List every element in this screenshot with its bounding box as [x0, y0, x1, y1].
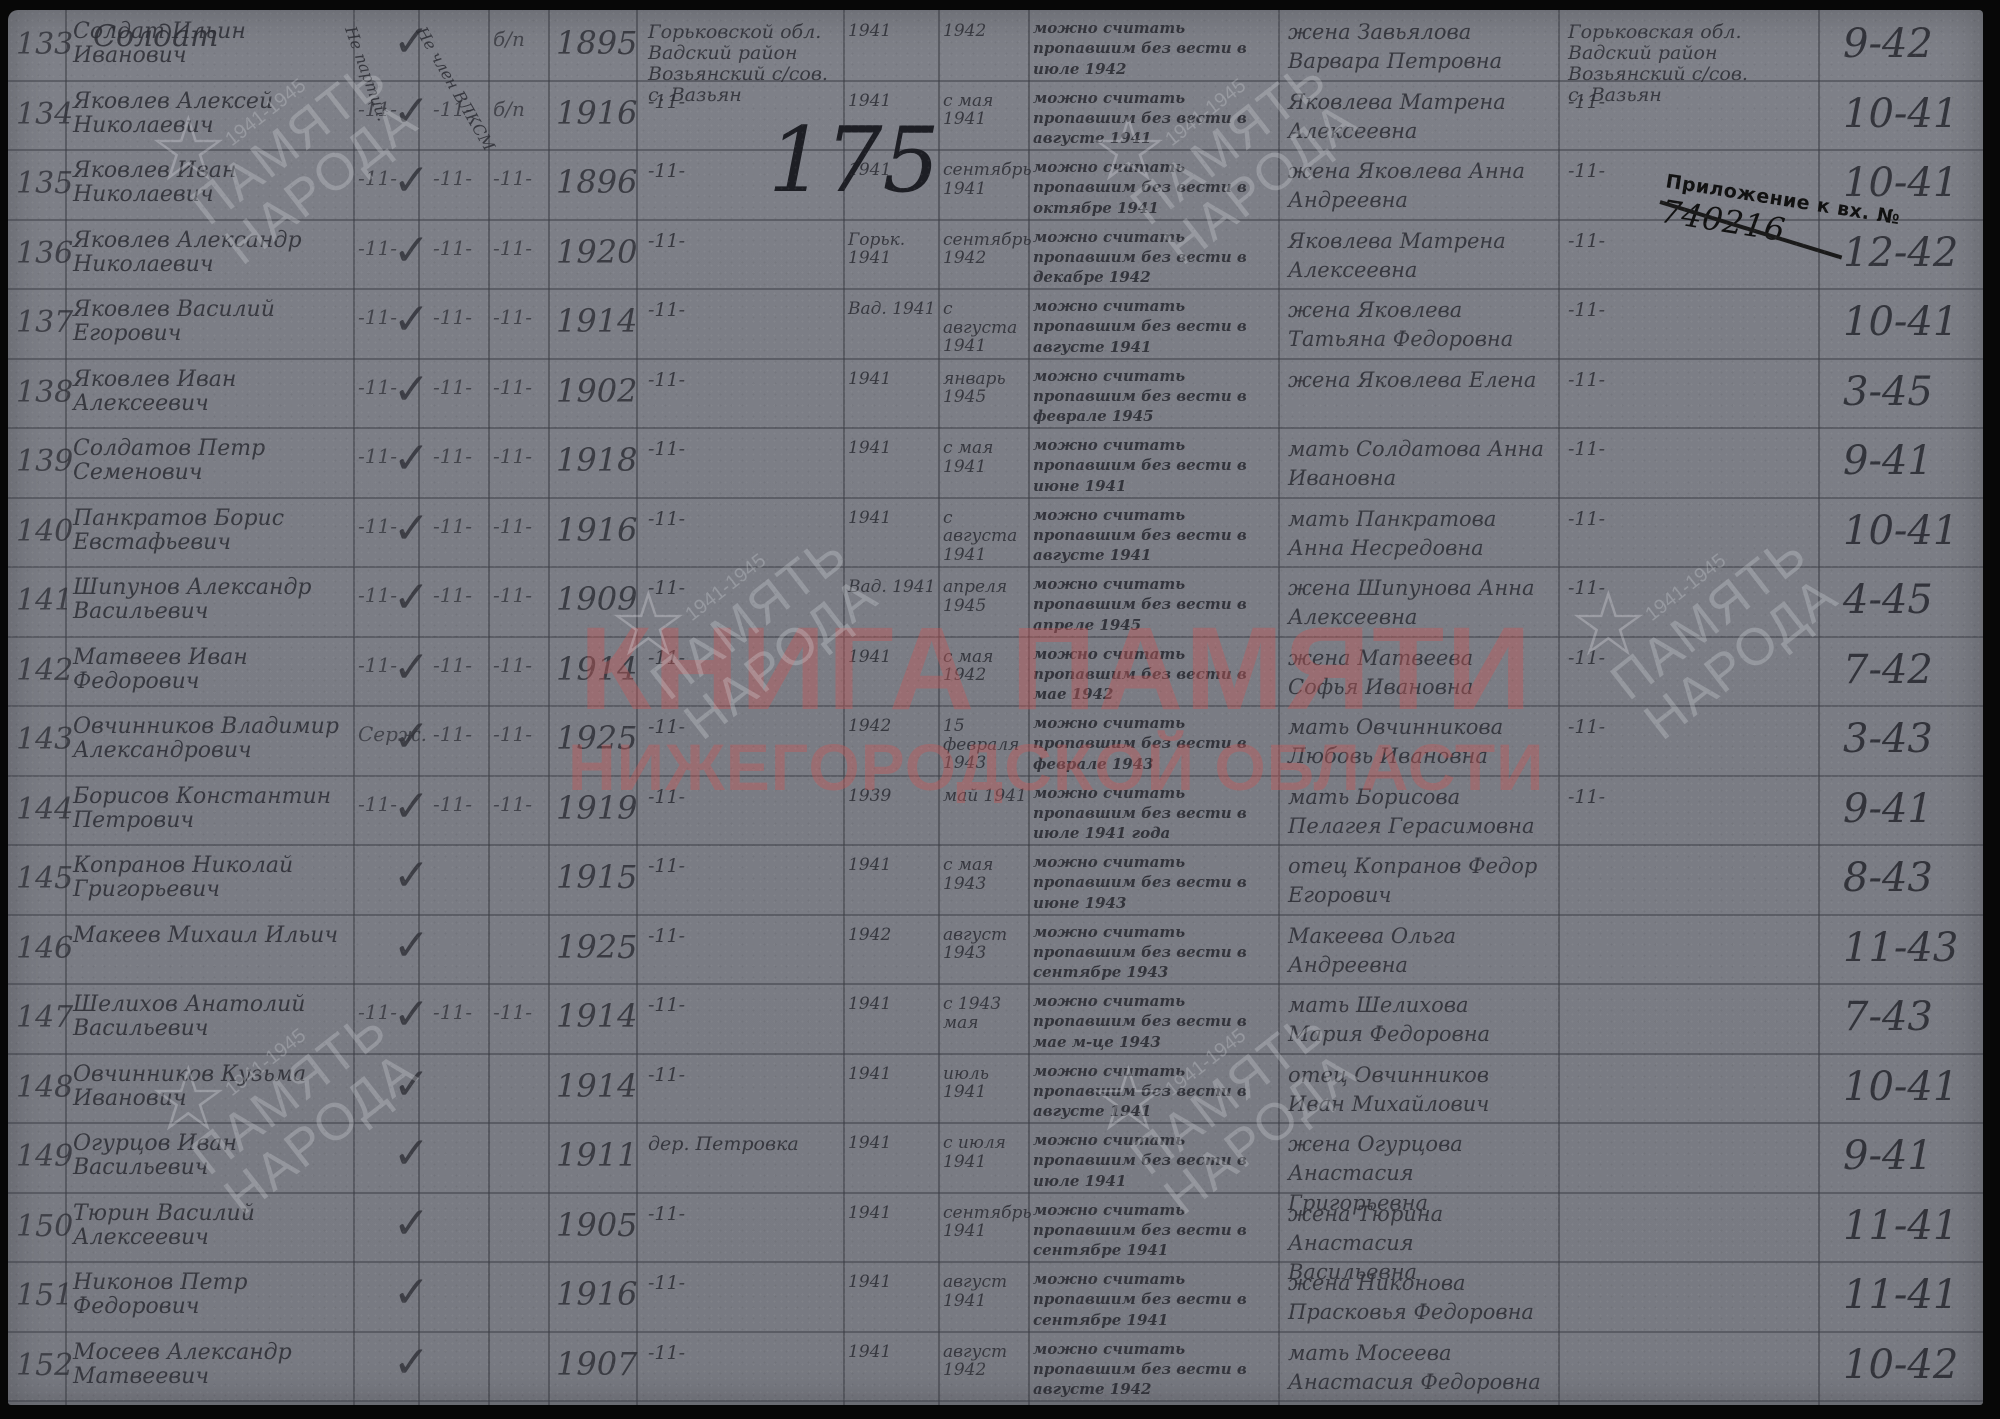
cell-missing-date: 7-43: [1843, 995, 1933, 1039]
cell-no: 138: [16, 376, 73, 409]
cell-party: -11-: [358, 793, 397, 815]
cell-missing-date: 3-45: [1843, 370, 1933, 414]
cell-status: можно считать пропавшим без вести в июле…: [1033, 783, 1273, 844]
table-row: 144Борисов Константин Петрович-11--11--1…: [8, 775, 1983, 845]
cell-status: можно считать пропавшим без вести в авгу…: [1033, 296, 1273, 357]
cell-relative: мать Панкратова Анна Несредовна: [1288, 505, 1548, 564]
cell-edu: -11-: [493, 445, 532, 467]
cell-no: 137: [16, 306, 73, 339]
cell-rel-address: -11-: [1568, 92, 1758, 113]
cell-status: можно считать пропавшим без вести в авгу…: [1033, 505, 1273, 566]
cell-no: 141: [16, 584, 73, 617]
check-mark-icon: ✓: [393, 1339, 430, 1387]
cell-address: дер. Петровка: [648, 1134, 838, 1155]
cell-missing-date: 10-41: [1843, 509, 1958, 553]
cell-missing-date: 11-41: [1843, 1204, 1958, 1248]
cell-last-letter: с мая 1941: [943, 439, 1031, 476]
table-row: 151Никонов Петр Федорович1916-11-1941авг…: [8, 1261, 1983, 1331]
cell-komsomol: -11-: [433, 723, 472, 745]
cell-last-letter: 1942: [943, 22, 1031, 41]
cell-address: -11-: [648, 578, 838, 599]
cell-rel-address: -11-: [1568, 370, 1758, 391]
row-divider: [8, 1400, 1983, 1402]
cell-drafted: 1942: [848, 926, 936, 945]
cell-drafted: Горьк. 1941: [848, 231, 936, 268]
cell-relative: жена Шипунова Анна Алексеевна: [1288, 574, 1548, 633]
cell-missing-date: 4-45: [1843, 578, 1933, 622]
cell-name: Мосеев Александр Матвеевич: [73, 1341, 348, 1389]
cell-edu: -11-: [493, 376, 532, 398]
cell-komsomol: -11-: [433, 515, 472, 537]
cell-komsomol: -11-: [433, 584, 472, 606]
cell-birth: 1925: [556, 721, 637, 756]
cell-name: Солдатов Петр Семенович: [73, 437, 348, 485]
cell-last-letter: август 1941: [943, 1273, 1031, 1310]
cell-address: -11-: [648, 995, 838, 1016]
cell-address: -11-: [648, 1065, 838, 1086]
cell-name: Шипунов Александр Васильевич: [73, 576, 348, 624]
cell-birth: 1916: [556, 513, 637, 548]
cell-relative: Макеева Ольга Андреевна: [1288, 922, 1548, 981]
cell-no: 146: [16, 932, 73, 965]
cell-relative: Яковлева Матрена Алексеевна: [1288, 227, 1548, 286]
cell-relative: мать Борисова Пелагея Герасимовна: [1288, 783, 1548, 842]
cell-missing-date: 10-41: [1843, 300, 1958, 344]
cell-drafted: 1941: [848, 1273, 936, 1292]
cell-drafted: 1942: [848, 717, 936, 736]
cell-relative: Яковлева Матрена Алексеевна: [1288, 88, 1548, 147]
check-mark-icon: ✓: [393, 1130, 430, 1178]
cell-status: можно считать пропавшим без вести в мае …: [1033, 644, 1273, 705]
cell-address: -11-: [648, 926, 838, 947]
cell-name: Яковлев Александр Николаевич: [73, 229, 348, 277]
table-row: 148Овчинников Кузьма Иванович1914-11-194…: [8, 1053, 1983, 1123]
cell-no: 136: [16, 237, 73, 270]
cell-status: можно считать пропавшим без вести в дека…: [1033, 227, 1273, 288]
cell-party: -11-: [358, 376, 397, 398]
cell-birth: 1916: [556, 96, 637, 131]
cell-edu: -11-: [493, 584, 532, 606]
table-row: 149Огурцов Иван Васильевич1911дер. Петро…: [8, 1122, 1983, 1192]
cell-komsomol: -11-: [433, 376, 472, 398]
cell-rel-address: -11-: [1568, 161, 1758, 182]
cell-address: -11-: [648, 717, 838, 738]
cell-no: 140: [16, 515, 73, 548]
table-row: 138Яковлев Иван Алексеевич-11--11--11-19…: [8, 358, 1983, 428]
cell-party: -11-: [358, 167, 397, 189]
cell-status: можно считать пропавшим без вести в февр…: [1033, 713, 1273, 774]
cell-no: 152: [16, 1349, 73, 1382]
cell-status: можно считать пропавшим без вести в мае …: [1033, 991, 1273, 1052]
check-mark-icon: ✓: [393, 644, 430, 692]
cell-rel-address: -11-: [1568, 787, 1758, 808]
cell-missing-date: 10-42: [1843, 1343, 1958, 1387]
cell-name: Копранов Николай Григорьевич: [73, 854, 348, 902]
cell-missing-date: 10-41: [1843, 92, 1958, 136]
cell-edu: -11-: [493, 515, 532, 537]
cell-name: Яковлев Иван Николаевич: [73, 159, 348, 207]
cell-drafted: 1941: [848, 1204, 936, 1223]
cell-birth: 1916: [556, 1277, 637, 1312]
cell-drafted: Вад. 1941: [848, 578, 936, 597]
cell-missing-date: 9-41: [1843, 1134, 1933, 1178]
cell-no: 134: [16, 98, 73, 131]
cell-drafted: Вад. 1941: [848, 300, 936, 319]
cell-missing-date: 7-42: [1843, 648, 1933, 692]
cell-address: -11-: [648, 509, 838, 530]
cell-rel-address: -11-: [1568, 578, 1758, 599]
cell-drafted: 1941: [848, 1065, 936, 1084]
cell-status: можно считать пропавшим без вести в июне…: [1033, 435, 1273, 496]
cell-komsomol: -11-: [433, 793, 472, 815]
table-row: 147Шелихов Анатолий Васильевич-11--11--1…: [8, 983, 1983, 1053]
cell-last-letter: с мая 1942: [943, 648, 1031, 685]
cell-last-letter: август 1942: [943, 1343, 1031, 1380]
table-row: 137Яковлев Василий Егорович-11--11--11-1…: [8, 288, 1983, 358]
cell-party: -11-: [358, 584, 397, 606]
cell-no: 149: [16, 1140, 73, 1173]
cell-last-letter: с 1943 мая: [943, 995, 1031, 1032]
cell-no: 143: [16, 723, 73, 756]
cell-last-letter: с августа 1941: [943, 300, 1031, 356]
table-row: 142Матвеев Иван Федорович-11--11--11-191…: [8, 636, 1983, 706]
cell-status: можно считать пропавшим без вести в сент…: [1033, 1269, 1273, 1330]
table-row: 140Панкратов Борис Евстафьевич-11--11--1…: [8, 497, 1983, 567]
cell-birth: 1914: [556, 1069, 637, 1104]
cell-birth: 1907: [556, 1347, 637, 1382]
cell-relative: жена Яковлева Анна Андреевна: [1288, 157, 1548, 216]
cell-drafted: 1941: [848, 439, 936, 458]
cell-no: 135: [16, 167, 73, 200]
cell-last-letter: с мая 1941: [943, 92, 1031, 129]
cell-address: -11-: [648, 1273, 838, 1294]
check-mark-icon: ✓: [393, 435, 430, 483]
cell-missing-date: 11-41: [1843, 1273, 1958, 1317]
cell-no: 144: [16, 793, 73, 826]
table-row: 134Яковлев Алексей Николаевич-11--11-б/п…: [8, 80, 1983, 150]
cell-name: Борисов Константин Петрович: [73, 785, 348, 833]
cell-rel-address: -11-: [1568, 439, 1758, 460]
cell-drafted: 1939: [848, 787, 936, 806]
cell-relative: жена Яковлева Татьяна Федоровна: [1288, 296, 1548, 355]
cell-no: 133: [16, 28, 73, 61]
cell-relative: жена Завьялова Варвара Петровна: [1288, 18, 1548, 77]
cell-edu: -11-: [493, 723, 532, 745]
cell-missing-date: 9-41: [1843, 439, 1933, 483]
cell-birth: 1914: [556, 304, 637, 339]
cell-birth: 1911: [556, 1138, 637, 1173]
cell-party: -11-: [358, 445, 397, 467]
cell-name: Яковлев Алексей Николаевич: [73, 90, 348, 138]
cell-status: можно считать пропавшим без вести в февр…: [1033, 366, 1273, 427]
check-mark-icon: ✓: [393, 1269, 430, 1317]
cell-name: Матвеев Иван Федорович: [73, 646, 348, 694]
cell-drafted: 1941: [848, 1134, 936, 1153]
check-mark-icon: ✓: [393, 227, 430, 275]
check-mark-icon: ✓: [393, 1061, 430, 1109]
cell-edu: б/п: [493, 28, 525, 50]
cell-rel-address: -11-: [1568, 509, 1758, 530]
cell-name: Яковлев Василий Егорович: [73, 298, 348, 346]
cell-last-letter: с мая 1943: [943, 856, 1031, 893]
cell-missing-date: 9-42: [1843, 22, 1933, 66]
cell-status: можно считать пропавшим без вести в сент…: [1033, 922, 1273, 983]
cell-birth: 1909: [556, 582, 637, 617]
cell-edu: -11-: [493, 793, 532, 815]
cell-missing-date: 9-41: [1843, 787, 1933, 831]
cell-relative: мать Мосеева Анастасия Федоровна: [1288, 1339, 1548, 1398]
cell-party: -11-: [358, 306, 397, 328]
cell-status: можно считать пропавшим без вести в октя…: [1033, 157, 1273, 218]
cell-relative: мать Овчинникова Любовь Ивановна: [1288, 713, 1548, 772]
cell-missing-date: 3-43: [1843, 717, 1933, 761]
cell-no: 151: [16, 1279, 73, 1312]
check-mark-icon: ✓: [393, 574, 430, 622]
table-row: 143Овчинников Владимир АлександровичСерж…: [8, 705, 1983, 775]
column-header-soldier: Солдат: [93, 20, 218, 53]
table-row: 150Тюрин Василий Алексеевич1905-11-1941с…: [8, 1192, 1983, 1262]
cell-name: Овчинников Владимир Александрович: [73, 715, 348, 763]
cell-relative: мать Солдатова Анна Ивановна: [1288, 435, 1548, 494]
cell-address: -11-: [648, 370, 838, 391]
cell-birth: 1914: [556, 652, 637, 687]
cell-last-letter: 15 февраля 1943: [943, 717, 1031, 773]
cell-last-letter: январь 1945: [943, 370, 1031, 407]
cell-name: Огурцов Иван Васильевич: [73, 1132, 348, 1180]
cell-status: можно считать пропавшим без вести в июле…: [1033, 1130, 1273, 1191]
cell-birth: 1896: [556, 165, 637, 200]
cell-party: -11-: [358, 654, 397, 676]
check-mark-icon: ✓: [393, 852, 430, 900]
cell-edu: -11-: [493, 654, 532, 676]
cell-last-letter: с августа 1941: [943, 509, 1031, 565]
check-mark-icon: ✓: [393, 991, 430, 1039]
cell-status: можно считать пропавшим без вести в авгу…: [1033, 1061, 1273, 1122]
cell-last-letter: сентябрь 1941: [943, 1204, 1031, 1241]
cell-address: -11-: [648, 787, 838, 808]
cell-drafted: 1941: [848, 648, 936, 667]
cell-status: можно считать пропавшим без вести в авгу…: [1033, 88, 1273, 149]
cell-drafted: 1941: [848, 1343, 936, 1362]
cell-relative: жена Яковлева Елена: [1288, 366, 1548, 395]
check-mark-icon: ✓: [393, 505, 430, 553]
cell-party: -11-: [358, 515, 397, 537]
table-row: 141Шипунов Александр Васильевич-11--11--…: [8, 566, 1983, 636]
check-mark-icon: ✓: [393, 157, 430, 205]
cell-drafted: 1941: [848, 995, 936, 1014]
cell-relative: жена Матвеева Софья Ивановна: [1288, 644, 1548, 703]
cell-name: Шелихов Анатолий Васильевич: [73, 993, 348, 1041]
cell-address: -11-: [648, 300, 838, 321]
check-mark-icon: ✓: [393, 366, 430, 414]
cell-edu: -11-: [493, 167, 532, 189]
cell-edu: б/п: [493, 98, 525, 120]
cell-last-letter: апреля 1945: [943, 578, 1031, 615]
cell-drafted: 1941: [848, 509, 936, 528]
cell-no: 148: [16, 1071, 73, 1104]
cell-address: -11-: [648, 1343, 838, 1364]
cell-name: Макеев Михаил Ильич: [73, 924, 348, 948]
cell-edu: -11-: [493, 306, 532, 328]
cell-status: можно считать пропавшим без вести в июне…: [1033, 852, 1273, 913]
cell-name: Панкратов Борис Евстафьевич: [73, 507, 348, 555]
cell-last-letter: сентябрь 1941: [943, 161, 1031, 198]
cell-party: -11-: [358, 1001, 397, 1023]
cell-missing-date: 11-43: [1843, 926, 1958, 970]
cell-birth: 1902: [556, 374, 637, 409]
cell-address: -11-: [648, 1204, 838, 1225]
cell-birth: 1925: [556, 930, 637, 965]
cell-last-letter: июль 1941: [943, 1065, 1031, 1102]
cell-rel-address: -11-: [1568, 648, 1758, 669]
cell-missing-date: 8-43: [1843, 856, 1933, 900]
cell-relative: мать Шелихова Мария Федоровна: [1288, 991, 1548, 1050]
cell-address: -11-: [648, 856, 838, 877]
cell-relative: жена Никонова Прасковья Федоровна: [1288, 1269, 1548, 1328]
cell-edu: -11-: [493, 1001, 532, 1023]
check-mark-icon: ✓: [393, 296, 430, 344]
cell-komsomol: -11-: [433, 445, 472, 467]
table-row: 139Солдатов Петр Семенович-11--11--11-19…: [8, 427, 1983, 497]
cell-birth: 1919: [556, 791, 637, 826]
cell-birth: 1920: [556, 235, 637, 270]
cell-rel-address: -11-: [1568, 300, 1758, 321]
cell-edu: -11-: [493, 237, 532, 259]
cell-last-letter: май 1941: [943, 787, 1031, 806]
table-row: 152Мосеев Александр Матвеевич1907-11-194…: [8, 1331, 1983, 1401]
cell-no: 142: [16, 654, 73, 687]
table-row: 133Солдат Ильин Ивановичб/п1895Горьковск…: [8, 10, 1983, 80]
cell-name: Овчинников Кузьма Иванович: [73, 1063, 348, 1111]
cell-relative: отец Овчинников Иван Михайлович: [1288, 1061, 1548, 1120]
cell-status: можно считать пропавшим без вести в авгу…: [1033, 1339, 1273, 1400]
cell-address: -11-: [648, 231, 838, 252]
cell-no: 150: [16, 1210, 73, 1243]
cell-status: можно считать пропавшим без вести в апре…: [1033, 574, 1273, 635]
cell-status: можно считать пропавшим без вести в июле…: [1033, 18, 1273, 79]
cell-relative: отец Копранов Федор Егорович: [1288, 852, 1548, 911]
cell-komsomol: -11-: [433, 237, 472, 259]
sheet-number: 175: [768, 108, 940, 213]
cell-missing-date: 10-41: [1843, 1065, 1958, 1109]
cell-birth: 1918: [556, 443, 637, 478]
cell-komsomol: -11-: [433, 167, 472, 189]
cell-address: -11-: [648, 439, 838, 460]
cell-drafted: 1941: [848, 370, 936, 389]
cell-komsomol: -11-: [433, 306, 472, 328]
cell-last-letter: август 1943: [943, 926, 1031, 963]
check-mark-icon: ✓: [393, 713, 430, 761]
cell-address: -11-: [648, 648, 838, 669]
check-mark-icon: ✓: [393, 1200, 430, 1248]
cell-name: Никонов Петр Федорович: [73, 1271, 348, 1319]
table-row: 146Макеев Михаил Ильич1925-11-1942август…: [8, 914, 1983, 984]
cell-status: можно считать пропавшим без вести в сент…: [1033, 1200, 1273, 1261]
cell-rel-address: -11-: [1568, 717, 1758, 738]
cell-last-letter: сентябрь 1942: [943, 231, 1031, 268]
cell-last-letter: с июля 1941: [943, 1134, 1031, 1171]
cell-no: 145: [16, 862, 73, 895]
cell-birth: 1905: [556, 1208, 637, 1243]
cell-birth: 1914: [556, 999, 637, 1034]
check-mark-icon: ✓: [393, 88, 430, 136]
cell-party: -11-: [358, 237, 397, 259]
cell-drafted: 1941: [848, 22, 936, 41]
check-mark-icon: ✓: [393, 783, 430, 831]
cell-drafted: 1941: [848, 856, 936, 875]
cell-name: Тюрин Василий Алексеевич: [73, 1202, 348, 1250]
check-mark-icon: ✓: [393, 922, 430, 970]
cell-komsomol: -11-: [433, 1001, 472, 1023]
cell-missing-date: 10-41: [1843, 161, 1958, 205]
table-row: 145Копранов Николай Григорьевич1915-11-1…: [8, 844, 1983, 914]
cell-birth: 1895: [556, 26, 637, 61]
cell-birth: 1915: [556, 860, 637, 895]
cell-komsomol: -11-: [433, 654, 472, 676]
cell-no: 147: [16, 1001, 73, 1034]
document-page: 133Солдат Ильин Ивановичб/п1895Горьковск…: [8, 10, 1983, 1405]
cell-name: Яковлев Иван Алексеевич: [73, 368, 348, 416]
cell-no: 139: [16, 445, 73, 478]
